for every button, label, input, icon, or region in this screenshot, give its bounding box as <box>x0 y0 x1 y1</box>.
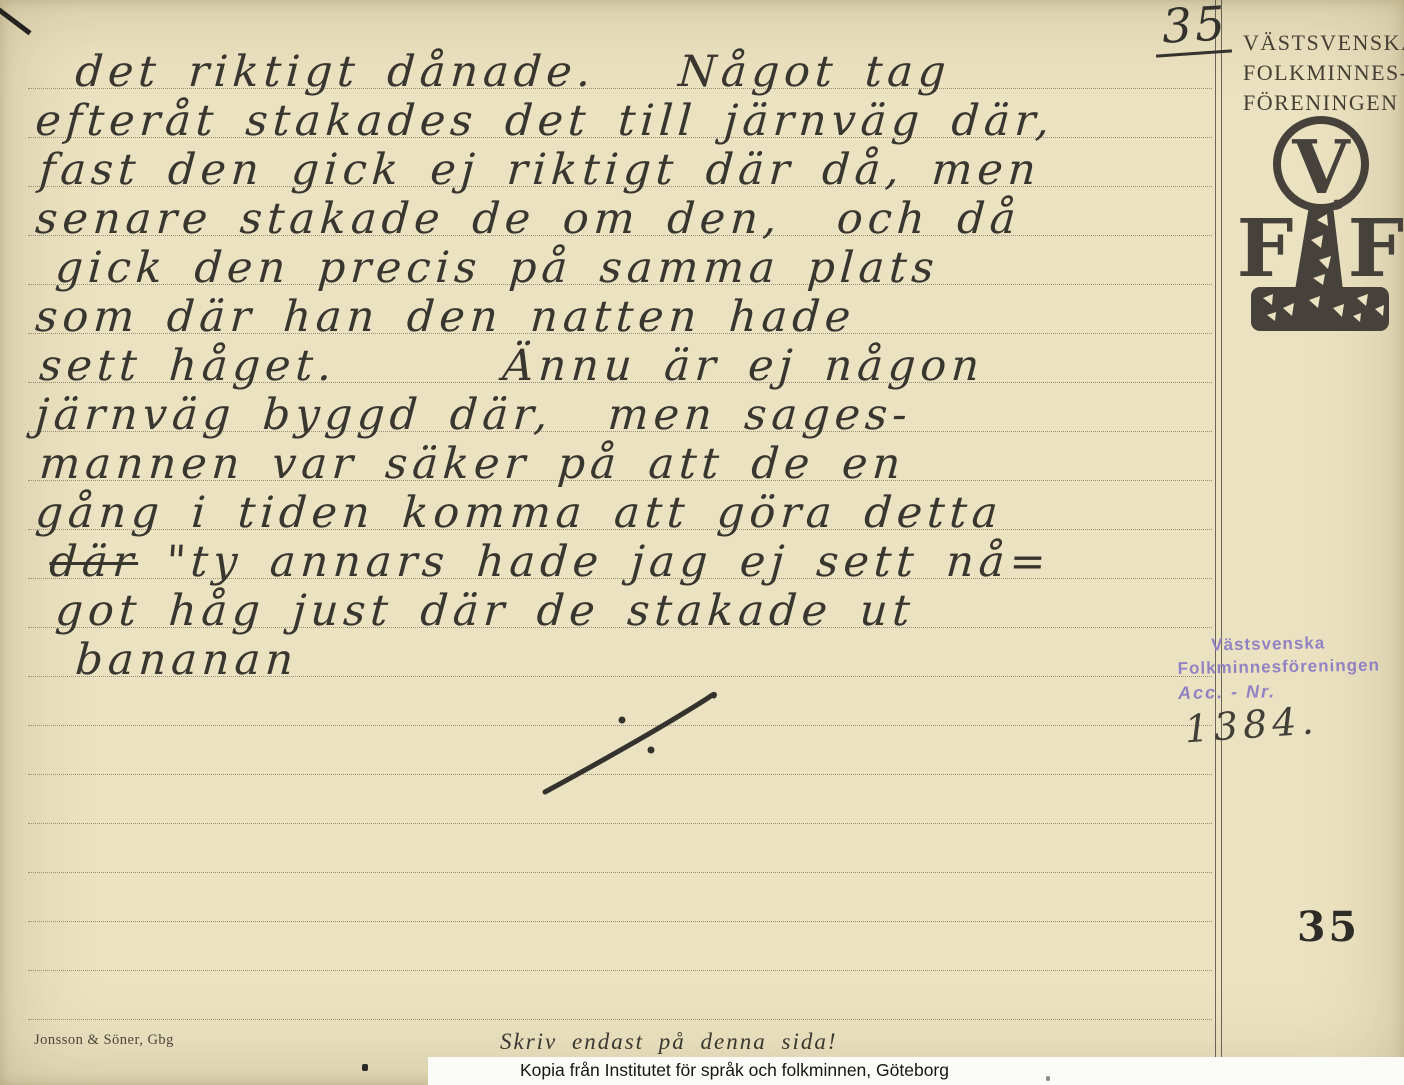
form-instruction: Skriv endast på denna sida! <box>500 1029 838 1055</box>
manuscript-line-rest: "ty annars hade jag ej sett nå= <box>137 537 1053 587</box>
ruled-line <box>28 970 1212 971</box>
ruled-line <box>28 921 1212 922</box>
stamp-line1: Västsvenska <box>1211 632 1403 655</box>
hammer-head <box>1251 287 1389 331</box>
logo-letter-f-right: F <box>1348 201 1403 295</box>
copy-note-strip: Kopia från Institutet för språk och folk… <box>428 1057 1404 1085</box>
end-of-text-mark-icon <box>530 680 830 810</box>
accession-stamp: Västsvenska Folkminnesföreningen Acc. - … <box>1177 632 1404 748</box>
organization-name: VÄSTSVENSKA FOLKMINNES- FÖRENINGEN <box>1243 28 1404 118</box>
printer-imprint: Jonsson & Söner, Gbg <box>34 1032 174 1049</box>
corner-pen-mark <box>0 0 32 35</box>
logo-letter-f-left: F <box>1237 201 1293 295</box>
organization-name-line2: FOLKMINNES- <box>1243 58 1404 88</box>
ruled-line <box>28 872 1212 873</box>
ruled-line <box>28 1019 1212 1020</box>
printed-page-number: 35 <box>1297 903 1360 951</box>
ruled-line <box>28 823 1212 824</box>
stamp-line3: Acc. - Nr. <box>1178 681 1276 704</box>
copy-note: Kopia från Institutet för språk och folk… <box>520 1057 949 1084</box>
manuscript-line: gick den precis på samma plats <box>54 247 940 290</box>
manuscript-line: som där han den natten hade <box>34 296 857 339</box>
manuscript-line: mannen var säker på att de en <box>38 443 907 486</box>
manuscript-line: sett håget. Ännu är ej någon <box>38 345 986 388</box>
vff-thors-hammer-logo-icon: V F F <box>1237 108 1403 338</box>
manuscript-page: 35 VÄSTSVENSKA FOLKMINNES- FÖRENINGEN V … <box>0 0 1404 1085</box>
ink-dot <box>1046 1076 1050 1081</box>
manuscript-line: efteråt stakades det till järnväg där, <box>34 100 1056 143</box>
manuscript-line: fast den gick ej riktigt där då, men <box>38 149 1042 192</box>
stamp-line2: Folkminnesföreningen <box>1177 655 1403 679</box>
manuscript-line: bananan <box>74 639 300 682</box>
manuscript-line: senare stakade de om den, och då <box>34 198 1022 241</box>
manuscript-line: det riktigt dånade. Något tag <box>74 51 952 94</box>
handwritten-page-number: 35 <box>1161 0 1230 55</box>
manuscript-line: järnväg byggd där, men sages- <box>34 394 913 437</box>
margin-rule <box>1215 0 1222 1085</box>
manuscript-line: gång i tiden komma att göra detta <box>34 492 1004 535</box>
manuscript-line: got håg just där de stakade ut <box>54 590 916 633</box>
manuscript-line: där "ty annars hade jag ej sett nå= <box>48 541 1052 584</box>
accession-number: 1384. <box>1183 698 1320 751</box>
organization-name-line1: VÄSTSVENSKA <box>1243 28 1404 58</box>
ink-dot <box>362 1064 368 1071</box>
logo-letter-v: V <box>1291 125 1351 211</box>
struck-word: där <box>48 537 140 587</box>
